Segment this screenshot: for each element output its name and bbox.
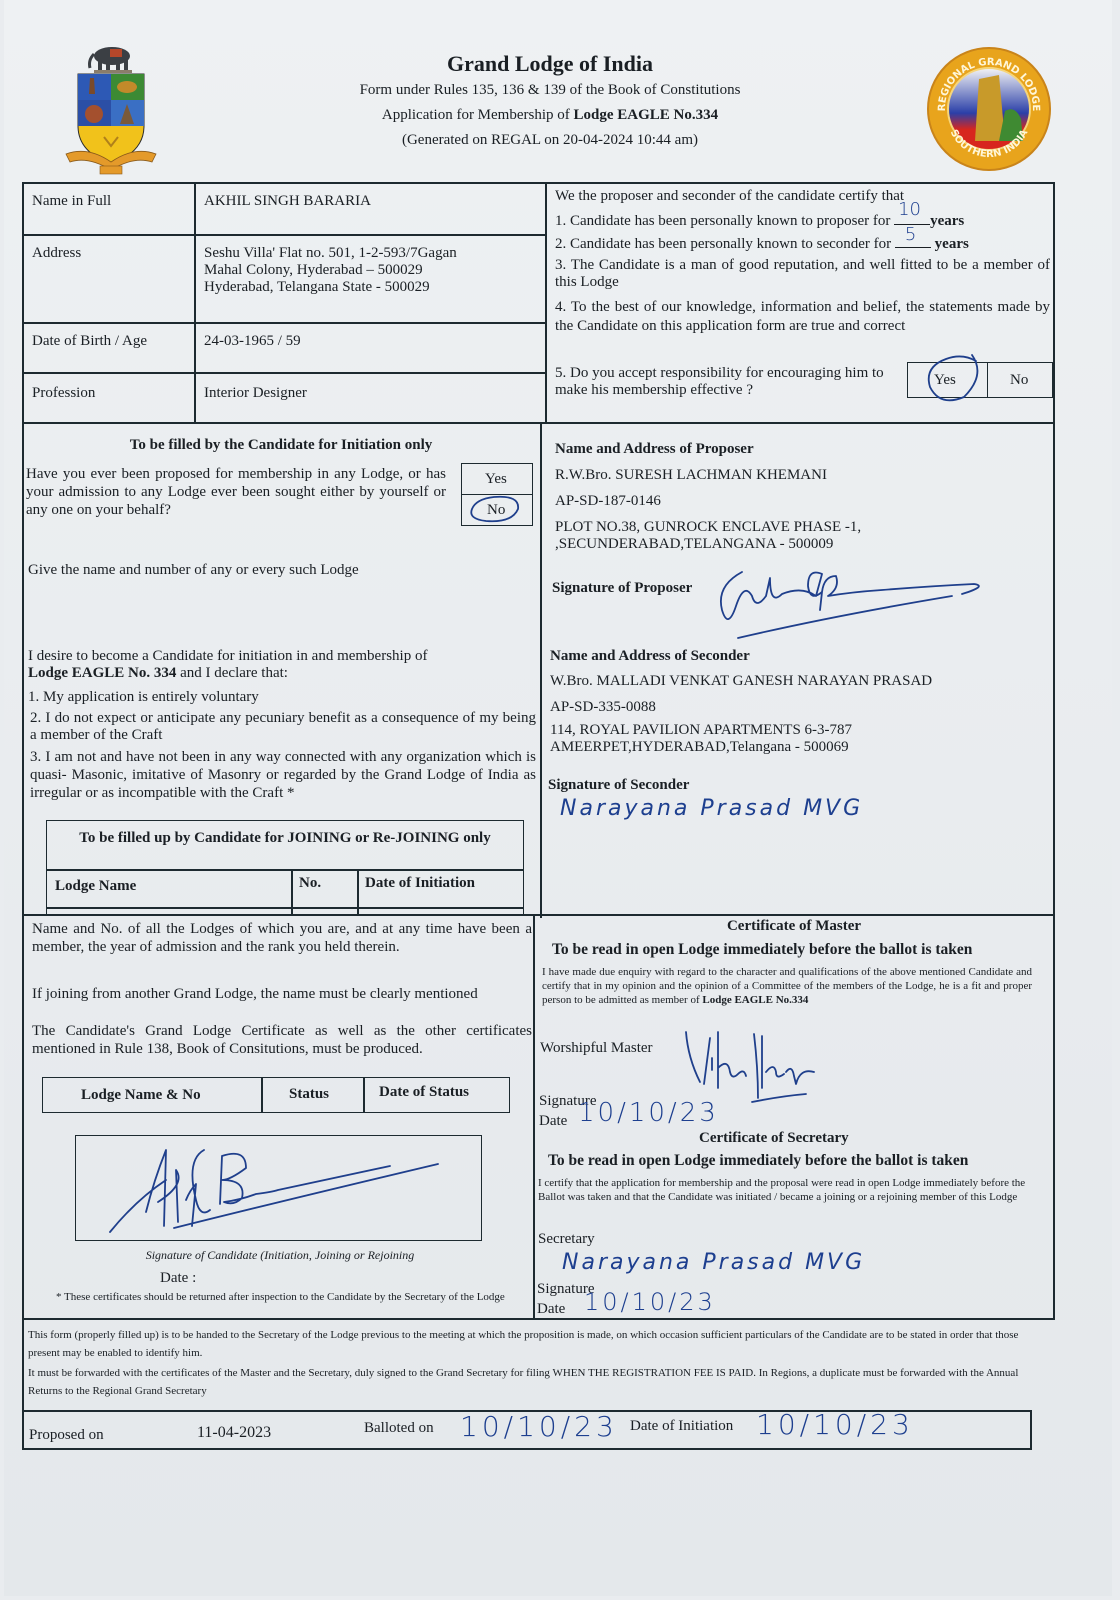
membership-col-date: Date of Status — [379, 1084, 469, 1101]
seconder-id: AP-SD-335-0088 — [550, 699, 656, 716]
certify-item-3: 3. The Candidate is a man of good reputa… — [555, 257, 1050, 291]
secretary-signature[interactable]: Narayana Prasad MVG — [562, 1250, 865, 1275]
balloted-on-label: Balloted on — [364, 1420, 434, 1437]
instructions-para-1: This form (properly filled up) is to be … — [28, 1326, 1028, 1362]
form-rules-line: Form under Rules 135, 136 & 139 of the B… — [300, 78, 800, 103]
proposer-name: R.W.Bro. SURESH LACHMAN KHEMANI — [555, 467, 827, 484]
candidate-signature-box[interactable] — [75, 1135, 482, 1241]
master-date-value[interactable]: 10/10/23 — [578, 1098, 719, 1128]
certify-item-1: 1. Candidate has been personally known t… — [555, 211, 1050, 230]
master-signature[interactable] — [682, 1028, 822, 1108]
joining-col-number: No. — [299, 875, 321, 892]
membership-text-2: If joining from another Grand Lodge, the… — [32, 985, 532, 1003]
membership-text-1: Name and No. of all the Lodges of which … — [32, 920, 532, 956]
declaration-intro: I desire to become a Candidate for initi… — [28, 648, 536, 682]
candidate-date-label: Date : — [160, 1270, 196, 1287]
joining-col-date-initiation: Date of Initiation — [365, 875, 475, 892]
certify-item-5: 5. Do you accept responsibility for enco… — [555, 365, 907, 399]
membership-table: Lodge Name & No Status Date of Status — [42, 1077, 510, 1113]
membership-col-lodge: Lodge Name & No — [81, 1087, 201, 1104]
joining-col-lodge-name: Lodge Name — [55, 878, 136, 895]
initiation-question: Have you ever been proposed for membersh… — [26, 465, 446, 519]
encourage-no-option[interactable]: No — [987, 362, 1053, 398]
secretary-cert-subheading: To be read in open Lodge immediately bef… — [548, 1152, 968, 1169]
secretary-date-label: Date — [537, 1301, 565, 1318]
profession-label: Profession — [32, 385, 95, 402]
proposer-id: AP-SD-187-0146 — [555, 493, 661, 510]
joining-heading: To be filled up by Candidate for JOINING… — [57, 829, 513, 847]
seconder-name: W.Bro. MALLADI VENKAT GANESH NARAYAN PRA… — [550, 673, 932, 690]
seconder-heading: Name and Address of Seconder — [550, 648, 750, 665]
seconder-years-value[interactable]: 5 — [905, 226, 916, 243]
candidate-signature-caption: Signature of Candidate (Initiation, Join… — [60, 1247, 500, 1264]
seconder-signature-label: Signature of Seconder — [548, 777, 689, 794]
certify-intro: We the proposer and seconder of the cand… — [555, 188, 904, 205]
previous-lodge-field[interactable] — [28, 582, 528, 632]
proposer-heading: Name and Address of Proposer — [555, 441, 754, 458]
seconder-signature[interactable]: Narayana Prasad MVG — [560, 796, 863, 821]
balloted-on-value[interactable]: 10/10/23 — [460, 1410, 618, 1443]
form-title: Grand Lodge of India — [300, 50, 800, 78]
dob-age-value[interactable]: 24-03-1965 / 59 — [204, 333, 301, 350]
address-label: Address — [32, 245, 81, 262]
master-cert-subheading: To be read in open Lodge immediately bef… — [552, 941, 972, 958]
encourage-yes-option[interactable]: Yes — [907, 362, 987, 398]
proposer-years-value[interactable]: 10 — [898, 201, 921, 218]
joining-table: To be filled up by Candidate for JOINING… — [46, 820, 524, 916]
master-date-label: Date — [539, 1113, 567, 1130]
certificates-footnote: * These certificates should be returned … — [56, 1290, 506, 1304]
date-of-initiation-value[interactable]: 10/10/23 — [756, 1408, 914, 1441]
grand-lodge-crest-icon — [60, 42, 160, 178]
master-cert-heading: Certificate of Master — [535, 918, 1053, 935]
secretary-cert-body: I certify that the application for membe… — [538, 1176, 1030, 1204]
form-generated-line: (Generated on REGAL on 20-04-2024 10:44 … — [300, 128, 800, 153]
proposer-signature[interactable] — [712, 566, 1012, 646]
profession-value[interactable]: Interior Designer — [204, 385, 307, 402]
master-role-label: Worshipful Master — [540, 1040, 653, 1057]
selected-circle-icon — [916, 351, 984, 403]
proposer-signature-label: Signature of Proposer — [552, 580, 692, 597]
proposer-address: PLOT NO.38, GUNROCK ENCLAVE PHASE -1, ,S… — [555, 519, 861, 553]
declaration-item-2: 2. I do not expect or anticipate any pec… — [30, 710, 536, 744]
date-of-initiation-label: Date of Initiation — [630, 1418, 733, 1435]
address-value[interactable]: Seshu Villa' Flat no. 501, 1-2-593/7Gaga… — [204, 245, 457, 296]
membership-col-status: Status — [289, 1086, 329, 1103]
form-application-line: Application for Membership of Lodge EAGL… — [300, 103, 800, 128]
master-cert-body: I have made due enquiry with regard to t… — [542, 965, 1032, 1007]
regional-grand-lodge-seal-icon: REGIONAL GRAND LODGE SOUTHERN INDIA — [925, 45, 1053, 173]
dob-age-label: Date of Birth / Age — [32, 333, 147, 350]
initiation-heading: To be filled by the Candidate for Initia… — [24, 437, 538, 454]
secretary-date-value[interactable]: 10/10/23 — [584, 1288, 716, 1316]
secretary-role-label: Secretary — [538, 1231, 595, 1248]
secretary-cert-heading: Certificate of Secretary — [699, 1130, 849, 1147]
give-lodge-name-prompt: Give the name and number of any or every… — [28, 562, 359, 579]
membership-text-3: The Candidate's Grand Lodge Certificate … — [32, 1022, 532, 1058]
proposed-before-no-option[interactable]: No — [461, 494, 533, 526]
selected-circle-icon — [464, 491, 528, 527]
certify-item-4: 4. To the best of our knowledge, informa… — [555, 298, 1050, 336]
proposed-on-label: Proposed on — [29, 1427, 104, 1444]
candidate-signature — [106, 1140, 466, 1236]
proposed-on-value[interactable]: 11-04-2023 — [197, 1424, 271, 1441]
declaration-item-1: 1. My application is entirely voluntary — [28, 689, 536, 706]
name-label: Name in Full — [32, 193, 111, 210]
name-value[interactable]: AKHIL SINGH BARARIA — [204, 193, 371, 210]
form-header: Grand Lodge of India Form under Rules 13… — [0, 0, 1120, 180]
instructions-para-2: It must be forwarded with the certificat… — [28, 1364, 1028, 1400]
certify-item-2: 2. Candidate has been personally known t… — [555, 234, 1050, 253]
seconder-address: 114, ROYAL PAVILION APARTMENTS 6-3-787 A… — [550, 722, 852, 756]
declaration-item-3: 3. I am not and have not been in any way… — [30, 748, 536, 802]
